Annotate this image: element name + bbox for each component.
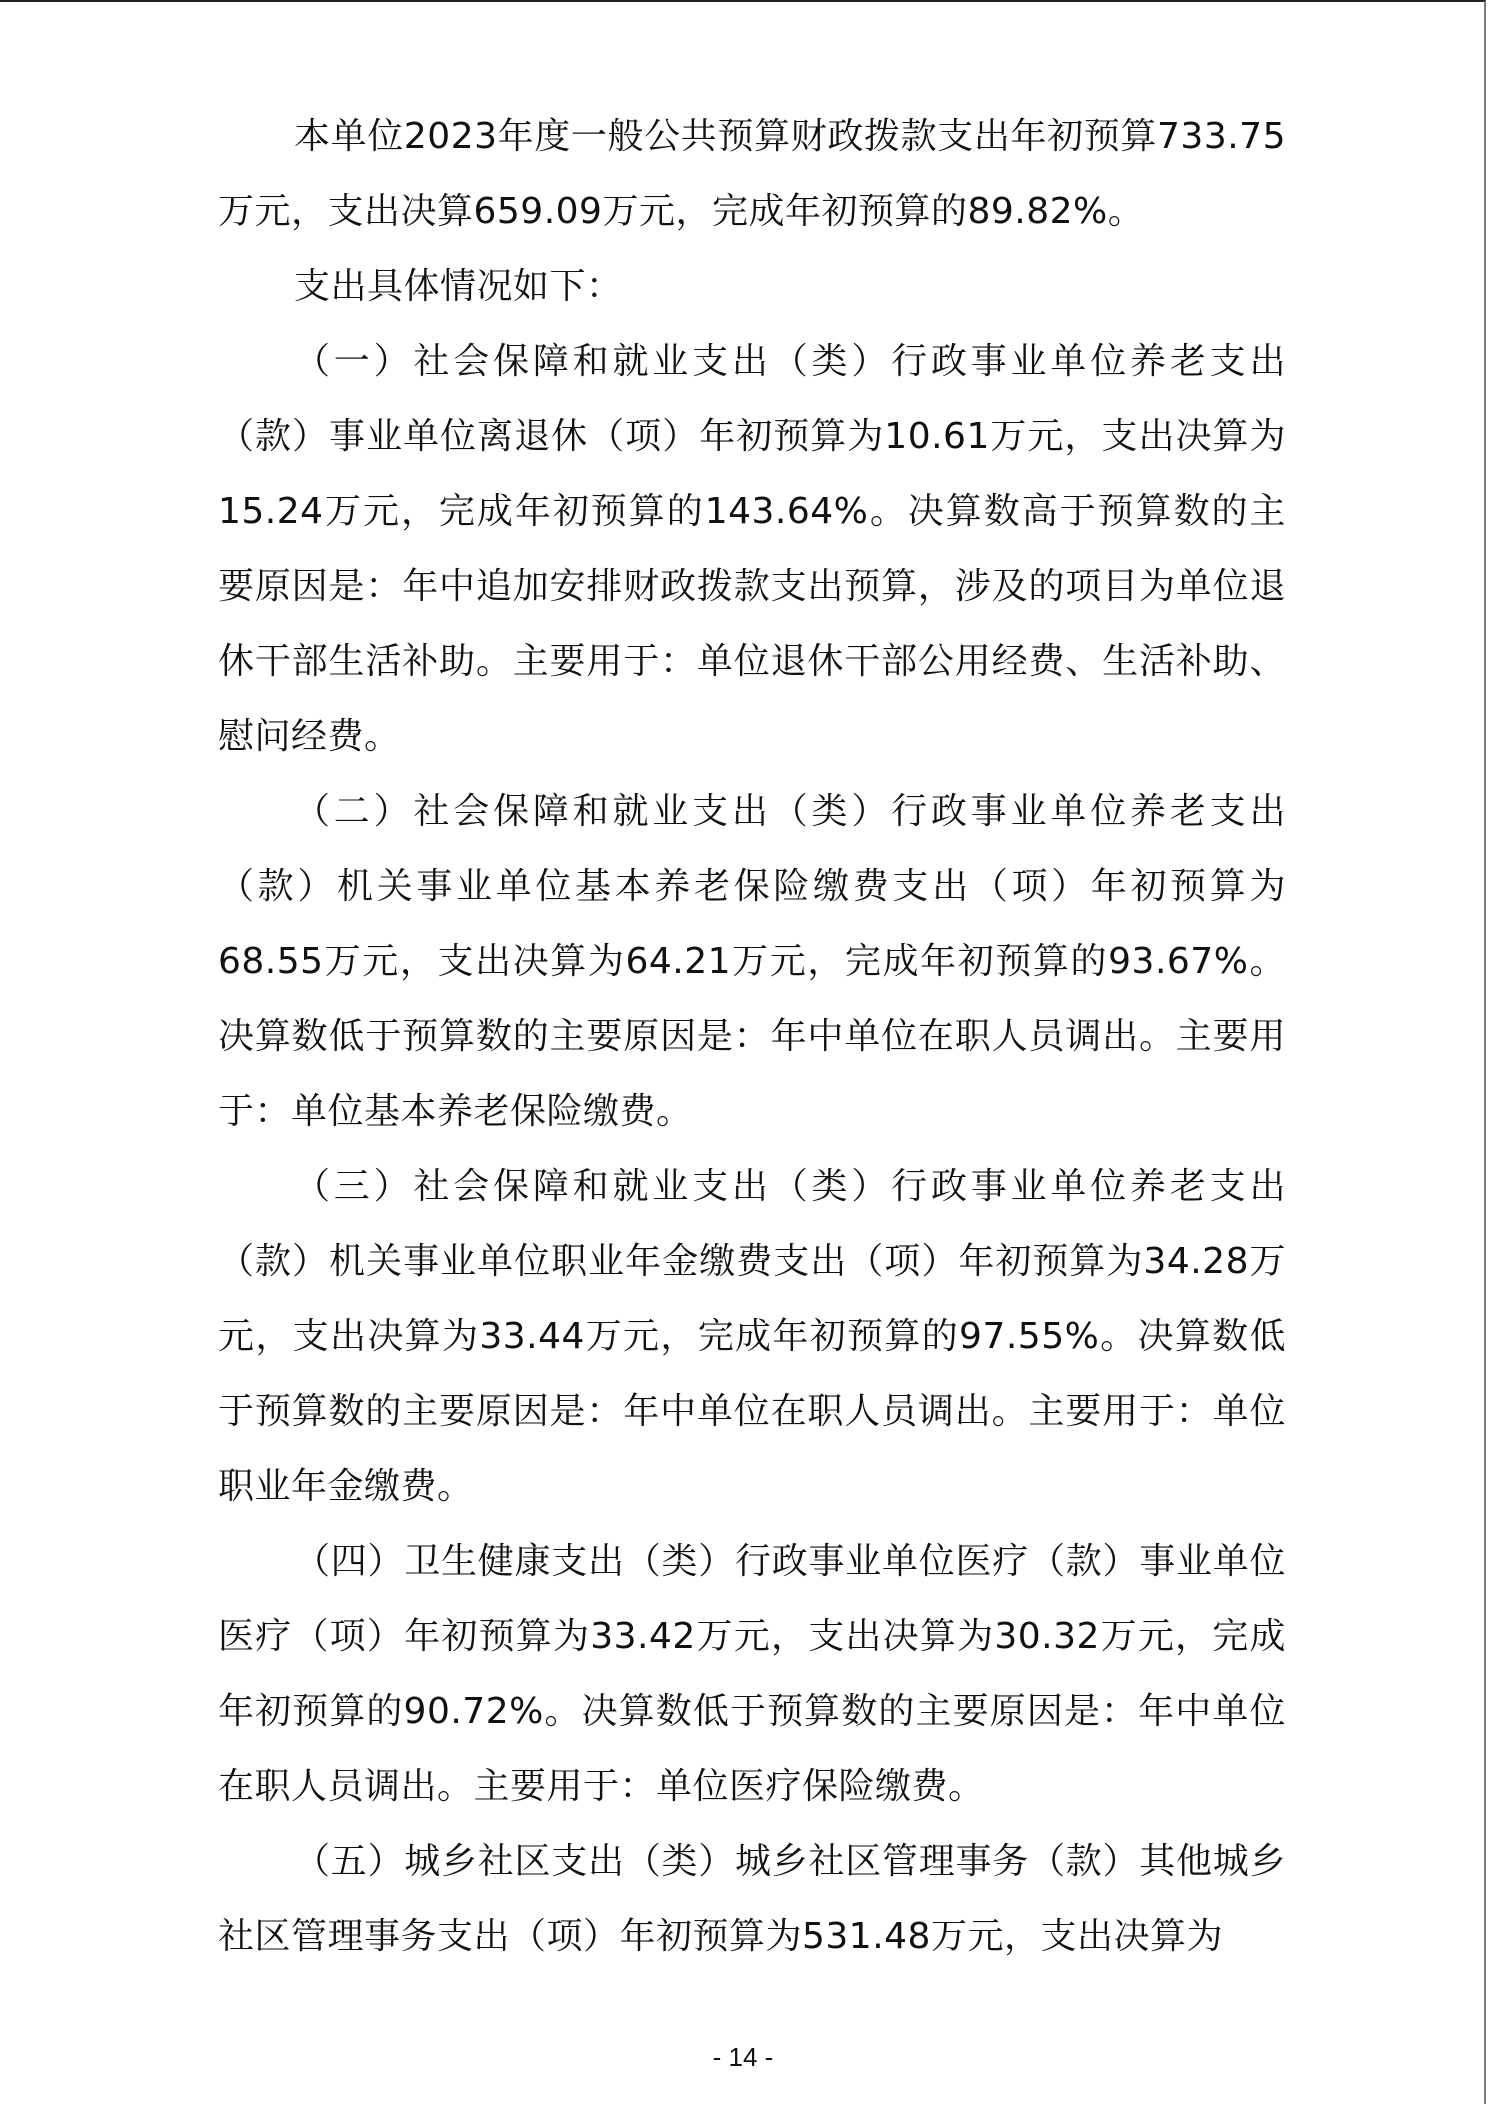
page-number: - 14 - bbox=[0, 2042, 1486, 2073]
document-page: 本单位2023年度一般公共预算财政拨款支出年初预算733.75万元，支出决算65… bbox=[0, 0, 1486, 2104]
paragraph-budget-overview: 本单位2023年度一般公共预算财政拨款支出年初预算733.75万元，支出决算65… bbox=[218, 99, 1286, 249]
paragraph-item-5-community-affairs: （五）城乡社区支出（类）城乡社区管理事务（款）其他城乡社区管理事务支出（项）年初… bbox=[218, 1824, 1286, 1974]
paragraph-item-2-basic-pension: （二）社会保障和就业支出（类）行政事业单位养老支出（款）机关事业单位基本养老保险… bbox=[218, 774, 1286, 1149]
paragraph-details-intro: 支出具体情况如下： bbox=[218, 249, 1286, 324]
paragraph-item-4-medical: （四）卫生健康支出（类）行政事业单位医疗（款）事业单位医疗（项）年初预算为33.… bbox=[218, 1524, 1286, 1824]
document-body: 本单位2023年度一般公共预算财政拨款支出年初预算733.75万元，支出决算65… bbox=[218, 99, 1286, 1974]
paragraph-item-3-occupational-annuity: （三）社会保障和就业支出（类）行政事业单位养老支出（款）机关事业单位职业年金缴费… bbox=[218, 1149, 1286, 1524]
paragraph-item-1-retirement: （一）社会保障和就业支出（类）行政事业单位养老支出（款）事业单位离退休（项）年初… bbox=[218, 324, 1286, 774]
